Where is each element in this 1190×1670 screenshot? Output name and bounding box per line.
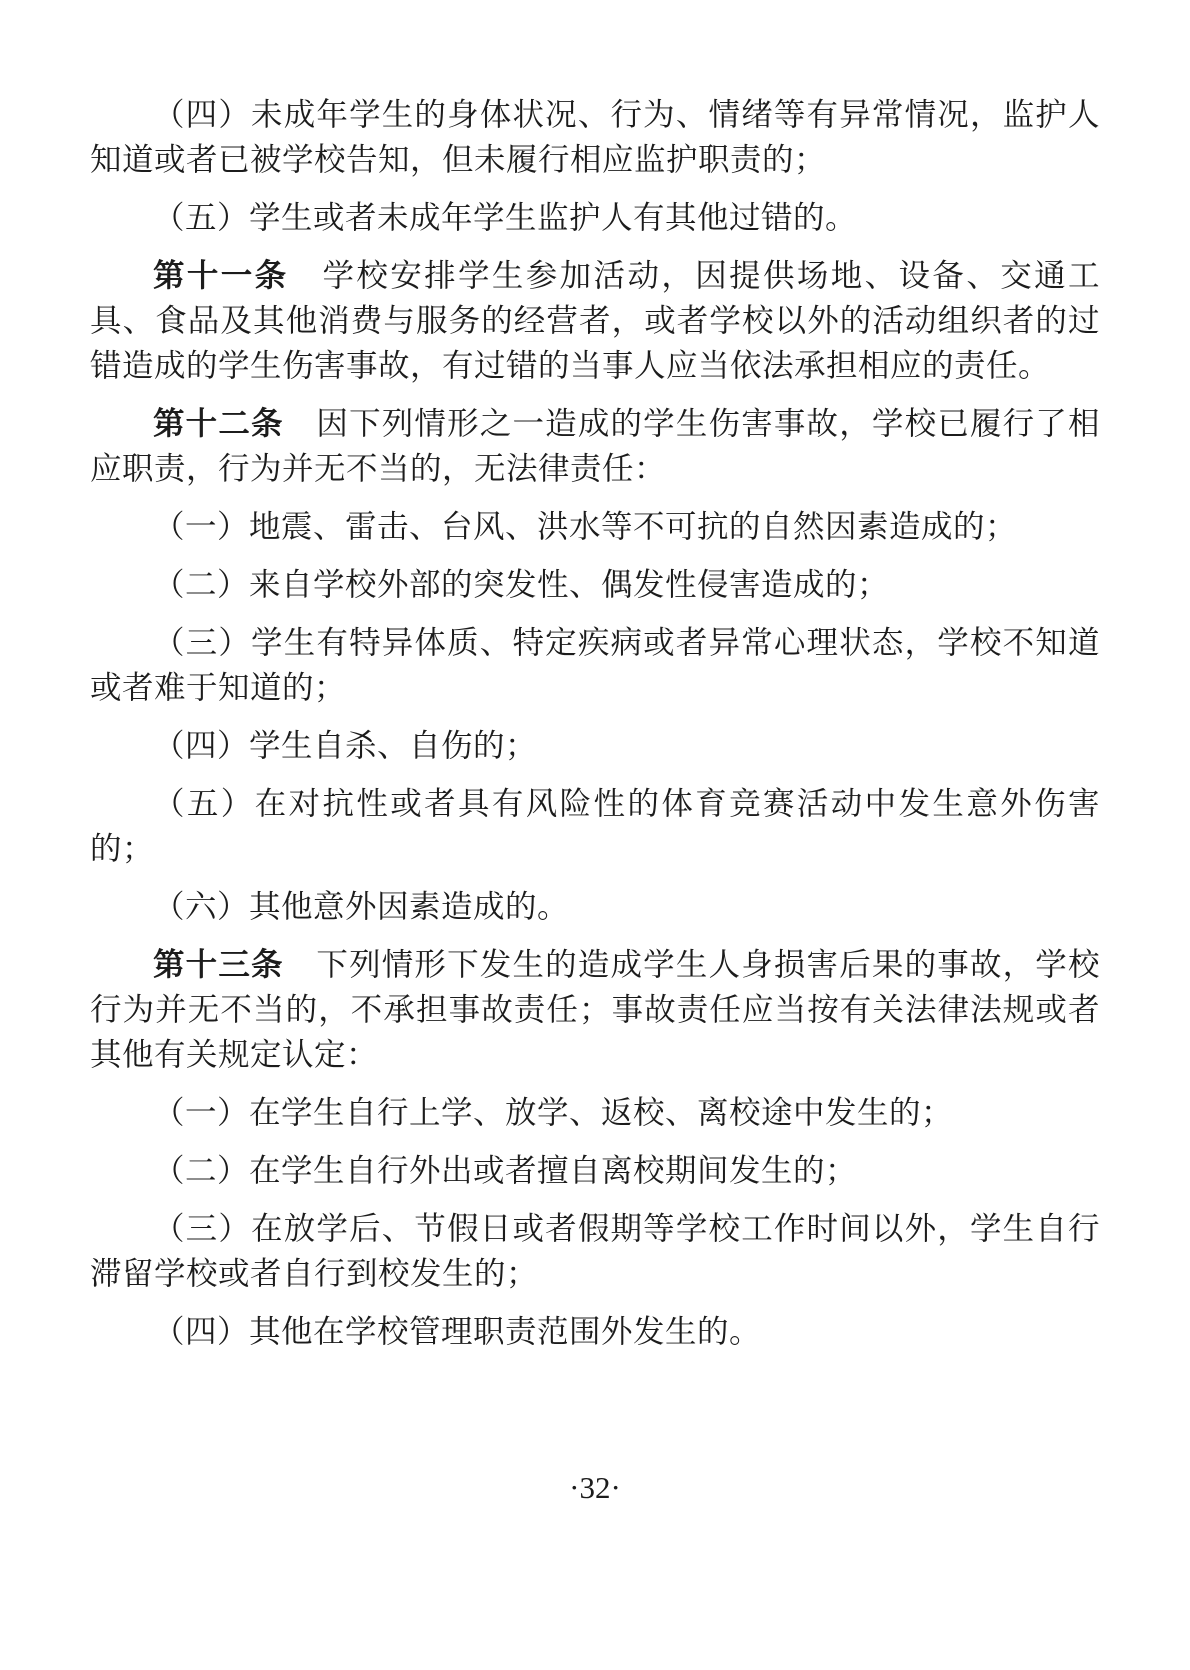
paragraph-text: （二）在学生自行外出或者擅自离校期间发生的；	[153, 1153, 857, 1188]
paragraph-text: （四）其他在学校管理职责范围外发生的。	[153, 1314, 761, 1349]
body-paragraph: 第十二条 因下列情形之一造成的学生伤害事故，学校已履行了相应职责，行为并无不当的…	[90, 401, 1100, 491]
paragraph-text: （五）在对抗性或者具有风险性的体育竞赛活动中发生意外伤害的；	[90, 786, 1100, 866]
body-paragraph: （四）未成年学生的身体状况、行为、情绪等有异常情况，监护人知道或者已被学校告知，…	[90, 92, 1100, 182]
paragraph-text: （三）在放学后、节假日或者假期等学校工作时间以外，学生自行滞留学校或者自行到校发…	[90, 1211, 1100, 1291]
paragraph-text: （四）未成年学生的身体状况、行为、情绪等有异常情况，监护人知道或者已被学校告知，…	[90, 97, 1100, 177]
document-page: （四）未成年学生的身体状况、行为、情绪等有异常情况，监护人知道或者已被学校告知，…	[0, 0, 1190, 1670]
paragraph-text: （五）学生或者未成年学生监护人有其他过错的。	[153, 200, 857, 235]
body-paragraph: （四）学生自杀、自伤的；	[90, 723, 1100, 768]
body-paragraph: （二）来自学校外部的突发性、偶发性侵害造成的；	[90, 562, 1100, 607]
paragraph-text: （二）来自学校外部的突发性、偶发性侵害造成的；	[153, 567, 889, 602]
paragraph-text: （四）学生自杀、自伤的；	[153, 728, 537, 763]
body-paragraph: （五）在对抗性或者具有风险性的体育竞赛活动中发生意外伤害的；	[90, 781, 1100, 871]
body-paragraph: （五）学生或者未成年学生监护人有其他过错的。	[90, 195, 1100, 240]
article-heading: 第十一条	[153, 258, 289, 293]
body-paragraph: （三）学生有特异体质、特定疾病或者异常心理状态，学校不知道或者难于知道的；	[90, 620, 1100, 710]
body-paragraph: 第十三条 下列情形下发生的造成学生人身损害后果的事故，学校行为并无不当的，不承担…	[90, 942, 1100, 1077]
article-heading: 第十三条	[153, 947, 284, 982]
paragraph-text: （一）在学生自行上学、放学、返校、离校途中发生的；	[153, 1095, 953, 1130]
body-paragraph: （一）地震、雷击、台风、洪水等不可抗的自然因素造成的；	[90, 504, 1100, 549]
article-heading: 第十二条	[153, 406, 284, 441]
body-paragraph: （一）在学生自行上学、放学、返校、离校途中发生的；	[90, 1090, 1100, 1135]
body-paragraph: （三）在放学后、节假日或者假期等学校工作时间以外，学生自行滞留学校或者自行到校发…	[90, 1206, 1100, 1296]
document-body: （四）未成年学生的身体状况、行为、情绪等有异常情况，监护人知道或者已被学校告知，…	[90, 92, 1100, 1367]
page-number: ·32·	[0, 1468, 1190, 1508]
paragraph-text: （三）学生有特异体质、特定疾病或者异常心理状态，学校不知道或者难于知道的；	[90, 625, 1100, 705]
paragraph-text: （一）地震、雷击、台风、洪水等不可抗的自然因素造成的；	[153, 509, 1017, 544]
body-paragraph: 第十一条 学校安排学生参加活动，因提供场地、设备、交通工具、食品及其他消费与服务…	[90, 253, 1100, 388]
body-paragraph: （六）其他意外因素造成的。	[90, 884, 1100, 929]
body-paragraph: （四）其他在学校管理职责范围外发生的。	[90, 1309, 1100, 1354]
body-paragraph: （二）在学生自行外出或者擅自离校期间发生的；	[90, 1148, 1100, 1193]
paragraph-text: （六）其他意外因素造成的。	[153, 889, 569, 924]
